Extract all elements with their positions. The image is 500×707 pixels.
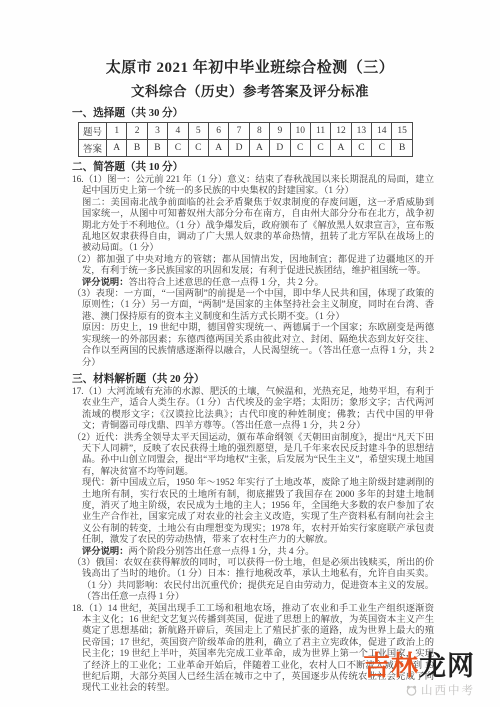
answer-text: （3）表现：一方面，“一国两制”的前提是一个中国，即中华人民共和国，体现了政策的… xyxy=(72,289,434,322)
section-material-heading: 三、材料解析题（共 20 分） xyxy=(72,371,434,386)
section-choice-heading: 一、选择题（共 30 分） xyxy=(72,105,434,120)
answer-paragraph: 原因：历史上，19 世纪中期，德国曾实现统一、两德属于一个国家；东欧剧变是两德实… xyxy=(72,323,434,369)
watermark-site: 山西中考 xyxy=(405,682,475,698)
answer-cell: A xyxy=(208,140,228,157)
watermark-site-label: 山西中考 xyxy=(421,682,475,698)
answer-paragraph: 现代：新中国成立后，1950 年～1952 年实行了土地改革，废除了地主阶级封建… xyxy=(72,478,434,546)
watermark-brand-dark: 龙网 xyxy=(419,651,475,681)
question-number-cell: 8 xyxy=(249,123,269,140)
answer-paragraph: （3）俄国：农奴在获得解放的同时，可以获得一份土地，但是必须出钱赎买，所出的价钱… xyxy=(72,558,434,604)
watermark-brand-colored: 吉林 xyxy=(363,651,419,681)
answer-text: （2）近代：洪秀全领导太平天国运动，颁布革命纲领《天朝田亩制度》，提出“凡天下田… xyxy=(72,433,434,477)
answer-text: 原因：历史上，19 世纪中期，德国曾实现统一、两德属于一个国家；东欧剧变是两德实… xyxy=(82,323,434,367)
answer-cell: A xyxy=(331,140,351,157)
document-header: 太原市 2021 年初中毕业班综合检测（三） 文科综合（历史）参考答案及评分标准 xyxy=(0,0,500,100)
watermark-brand: 吉林龙网 xyxy=(363,652,475,680)
page-title: 太原市 2021 年初中毕业班综合检测（三） xyxy=(0,56,500,77)
answer-paragraph: 图二：美国南北战争前面临的社会矛盾聚焦于奴隶制度的存废问题，这一矛盾威胁到国家统… xyxy=(72,198,434,255)
answer-paragraph: （2）都加强了中央对地方的管辖；都从国情出发，因地制宜；都促进了边疆地区的开发，… xyxy=(72,255,434,278)
answer-paragraph: 评分说明：两个阶段分别答出任意一点得 1 分，共 4 分。 xyxy=(72,547,434,558)
document-body: 一、选择题（共 30 分） 题号 123456789101112131415 答… xyxy=(72,105,434,695)
site-logo-icon xyxy=(405,684,418,697)
answer-text: 17.（1）大河流域有充沛的水源、肥沃的土壤，气候温和，光热充足，地势平坦，有利… xyxy=(72,387,434,431)
row-label-numbers: 题号 xyxy=(79,123,107,140)
answer-text: （2）都加强了中央对地方的管辖；都从国情出发，因地制宜；都促进了边疆地区的开发，… xyxy=(72,255,434,276)
answer-paragraph: 16.（1）图一：公元前 221 年（1 分）意义：结束了春秋战国以来长期混乱的… xyxy=(72,175,434,198)
question-number-cell: 11 xyxy=(310,123,330,140)
answer-cell: D xyxy=(229,140,249,157)
exam-answer-sheet: 太原市 2021 年初中毕业班综合检测（三） 文科综合（历史）参考答案及评分标准… xyxy=(0,0,500,707)
table-row-answers: 答案 ABBCCADADCCACCB xyxy=(79,140,413,157)
answer-text: （3）俄国：农奴在获得解放的同时，可以获得一份土地，但是必须出钱赎买，所出的价钱… xyxy=(72,558,434,602)
material-paragraphs: 17.（1）大河流域有充沛的水源、肥沃的土壤，气候温和，光热充足，地势平坦，有利… xyxy=(72,387,434,695)
answer-cell: D xyxy=(270,140,290,157)
question-number-cell: 10 xyxy=(290,123,310,140)
answer-paragraph: 17.（1）大河流域有充沛的水源、肥沃的土壤，气候温和，光热充足，地势平坦，有利… xyxy=(72,387,434,433)
answer-paragraph: 18.（1）14 世纪，英国出现手工工场和租地农场，推动了农业和手工业生产组织逐… xyxy=(72,604,434,695)
answer-text: 答出符合上述意思的任意一点得 1 分，共 2 分。 xyxy=(129,278,324,288)
row-label-answers: 答案 xyxy=(79,140,107,157)
question-number-cell: 9 xyxy=(270,123,290,140)
answer-table: 题号 123456789101112131415 答案 ABBCCADADCCA… xyxy=(78,122,413,157)
answer-cell: C xyxy=(168,140,188,157)
answer-cell: C xyxy=(372,140,392,157)
answer-cell: C xyxy=(351,140,371,157)
answer-cell: A xyxy=(249,140,269,157)
question-number-cell: 13 xyxy=(351,123,371,140)
scoring-note-label: 评分说明： xyxy=(82,547,129,557)
question-number-cell: 2 xyxy=(127,123,147,140)
answer-paragraph: （2）近代：洪秀全领导太平天国运动，颁布革命纲领《天朝田亩制度》，提出“凡天下田… xyxy=(72,433,434,479)
answer-text: 现代：新中国成立后，1950 年～1952 年实行了土地改革，废除了地主阶级封建… xyxy=(82,478,434,545)
short-answer-paragraphs: 16.（1）图一：公元前 221 年（1 分）意义：结束了春秋战国以来长期混乱的… xyxy=(72,175,434,369)
page-subtitle: 文科综合（历史）参考答案及评分标准 xyxy=(0,80,500,100)
question-number-cell: 5 xyxy=(188,123,208,140)
scoring-note-label: 评分说明： xyxy=(82,278,129,288)
question-number-cell: 7 xyxy=(229,123,249,140)
answer-text: 图二：美国南北战争前面临的社会矛盾聚焦于奴隶制度的存废问题，这一矛盾威胁到国家统… xyxy=(82,198,434,254)
question-number-cell: 3 xyxy=(147,123,167,140)
answer-cell: B xyxy=(147,140,167,157)
question-number-cell: 14 xyxy=(372,123,392,140)
answer-cell: C xyxy=(310,140,330,157)
answer-cell: B xyxy=(127,140,147,157)
question-number-cell: 12 xyxy=(331,123,351,140)
answer-cell: C xyxy=(290,140,310,157)
answer-cell: A xyxy=(107,140,127,157)
answer-cell: C xyxy=(188,140,208,157)
question-number-cell: 4 xyxy=(168,123,188,140)
section-short-answer-heading: 二、简答题（共 10 分） xyxy=(72,159,434,174)
answer-cell: B xyxy=(392,140,412,157)
question-number-cell: 15 xyxy=(392,123,412,140)
question-number-cell: 6 xyxy=(208,123,228,140)
table-row-question-numbers: 题号 123456789101112131415 xyxy=(79,123,413,140)
answer-paragraph: （3）表现：一方面，“一国两制”的前提是一个中国，即中华人民共和国，体现了政策的… xyxy=(72,289,434,323)
answer-text: 16.（1）图一：公元前 221 年（1 分）意义：结束了春秋战国以来长期混乱的… xyxy=(72,175,434,196)
answer-text: 两个阶段分别答出任意一点得 1 分，共 4 分。 xyxy=(129,547,315,557)
answer-paragraph: 评分说明：答出符合上述意思的任意一点得 1 分，共 2 分。 xyxy=(72,278,434,289)
question-number-cell: 1 xyxy=(107,123,127,140)
